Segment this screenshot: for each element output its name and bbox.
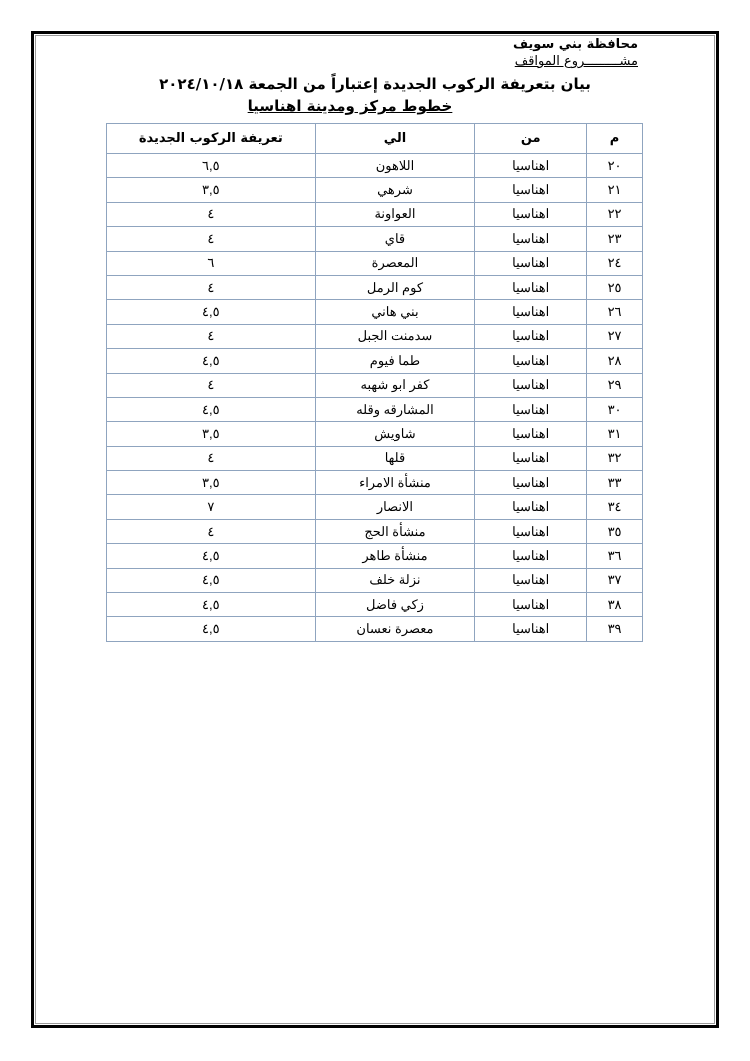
- row-number: ٣٣: [587, 471, 643, 495]
- table-row: ٣٢اهناسياقلها٤: [107, 446, 643, 470]
- row-fare: ٤: [107, 519, 316, 543]
- row-number: ٣٦: [587, 544, 643, 568]
- row-from: اهناسيا: [475, 593, 587, 617]
- row-from: اهناسيا: [475, 227, 587, 251]
- row-from: اهناسيا: [475, 154, 587, 178]
- row-from: اهناسيا: [475, 300, 587, 324]
- table-row: ٣٦اهناسيامنشأة طاهر٤,٥: [107, 544, 643, 568]
- table-row: ٢٣اهناسياقاي٤: [107, 227, 643, 251]
- table-row: ٣١اهناسياشاويش٣,٥: [107, 422, 643, 446]
- table-row: ٣٥اهناسيامنشأة الحج٤: [107, 519, 643, 543]
- row-fare: ٤: [107, 373, 316, 397]
- row-from: اهناسيا: [475, 202, 587, 226]
- table-body: ٢٠اهناسيااللاهون٦,٥٢١اهناسياشرهي٣,٥٢٢اهن…: [107, 154, 643, 642]
- row-number: ٢٩: [587, 373, 643, 397]
- row-to: شاويش: [315, 422, 475, 446]
- project-name: مشـــــــــروع المواقف: [513, 53, 638, 70]
- row-from: اهناسيا: [475, 495, 587, 519]
- row-from: اهناسيا: [475, 178, 587, 202]
- row-fare: ٤: [107, 227, 316, 251]
- row-number: ٣٨: [587, 593, 643, 617]
- row-fare: ٤,٥: [107, 300, 316, 324]
- row-from: اهناسيا: [475, 471, 587, 495]
- row-to: الانصار: [315, 495, 475, 519]
- table-row: ٢٤اهناسياالمعصرة٦: [107, 251, 643, 275]
- row-fare: ٧: [107, 495, 316, 519]
- row-fare: ٣,٥: [107, 178, 316, 202]
- row-number: ٣٧: [587, 568, 643, 592]
- table-row: ٣٧اهناسيانزلة خلف٤,٥: [107, 568, 643, 592]
- row-from: اهناسيا: [475, 275, 587, 299]
- row-fare: ٣,٥: [107, 471, 316, 495]
- row-number: ٢١: [587, 178, 643, 202]
- table-row: ٣٠اهناسياالمشارقه وقله٤,٥: [107, 397, 643, 421]
- row-number: ٣٥: [587, 519, 643, 543]
- row-fare: ٤: [107, 324, 316, 348]
- letterhead: محافظة بني سويف مشـــــــــروع المواقف: [513, 36, 638, 70]
- row-number: ٢٢: [587, 202, 643, 226]
- row-to: قلها: [315, 446, 475, 470]
- row-fare: ٦,٥: [107, 154, 316, 178]
- row-to: اللاهون: [315, 154, 475, 178]
- table-row: ٢٦اهناسيابني هاني٤,٥: [107, 300, 643, 324]
- row-fare: ٤,٥: [107, 544, 316, 568]
- row-number: ٣٢: [587, 446, 643, 470]
- table-row: ٢٩اهناسياكفر ابو شهبه٤: [107, 373, 643, 397]
- row-number: ٢٧: [587, 324, 643, 348]
- row-fare: ٦: [107, 251, 316, 275]
- table-row: ٢٥اهناسياكوم الرمل٤: [107, 275, 643, 299]
- table-row: ٣٣اهناسيامنشأة الامراء٣,٥: [107, 471, 643, 495]
- row-fare: ٤,٥: [107, 349, 316, 373]
- row-to: المشارقه وقله: [315, 397, 475, 421]
- table-row: ٢٠اهناسيااللاهون٦,٥: [107, 154, 643, 178]
- row-from: اهناسيا: [475, 324, 587, 348]
- row-from: اهناسيا: [475, 568, 587, 592]
- row-to: منشأة الامراء: [315, 471, 475, 495]
- row-number: ٢٠: [587, 154, 643, 178]
- row-number: ٢٦: [587, 300, 643, 324]
- row-to: العواونة: [315, 202, 475, 226]
- row-from: اهناسيا: [475, 617, 587, 641]
- col-header-fare: تعريفة الركوب الجديدة: [107, 124, 316, 154]
- row-from: اهناسيا: [475, 422, 587, 446]
- row-number: ٢٣: [587, 227, 643, 251]
- row-fare: ٤,٥: [107, 568, 316, 592]
- row-to: زكي فاضل: [315, 593, 475, 617]
- row-from: اهناسيا: [475, 519, 587, 543]
- row-number: ٣٤: [587, 495, 643, 519]
- row-to: منشأة الحج: [315, 519, 475, 543]
- row-number: ٢٥: [587, 275, 643, 299]
- row-to: طما فيوم: [315, 349, 475, 373]
- row-number: ٣٩: [587, 617, 643, 641]
- document-subtitle: خطوط مركز ومدينة اهناسيا: [100, 96, 600, 116]
- row-fare: ٤: [107, 275, 316, 299]
- row-from: اهناسيا: [475, 397, 587, 421]
- row-fare: ٣,٥: [107, 422, 316, 446]
- row-number: ٢٤: [587, 251, 643, 275]
- row-to: بني هاني: [315, 300, 475, 324]
- row-number: ٣٠: [587, 397, 643, 421]
- governorate-name: محافظة بني سويف: [513, 36, 638, 53]
- table-row: ٣٤اهناسياالانصار٧: [107, 495, 643, 519]
- col-header-to: الي: [315, 124, 475, 154]
- table-header-row: م من الي تعريفة الركوب الجديدة: [107, 124, 643, 154]
- table-row: ٢١اهناسياشرهي٣,٥: [107, 178, 643, 202]
- row-fare: ٤,٥: [107, 617, 316, 641]
- row-to: نزلة خلف: [315, 568, 475, 592]
- row-to: منشأة طاهر: [315, 544, 475, 568]
- row-fare: ٤: [107, 446, 316, 470]
- row-fare: ٤,٥: [107, 593, 316, 617]
- row-to: قاي: [315, 227, 475, 251]
- row-fare: ٤,٥: [107, 397, 316, 421]
- row-from: اهناسيا: [475, 373, 587, 397]
- row-from: اهناسيا: [475, 349, 587, 373]
- row-from: اهناسيا: [475, 446, 587, 470]
- table-row: ٢٨اهناسياطما فيوم٤,٥: [107, 349, 643, 373]
- row-to: سدمنت الجبل: [315, 324, 475, 348]
- row-to: كفر ابو شهبه: [315, 373, 475, 397]
- row-to: المعصرة: [315, 251, 475, 275]
- row-to: معصرة نعسان: [315, 617, 475, 641]
- row-number: ٣١: [587, 422, 643, 446]
- col-header-number: م: [587, 124, 643, 154]
- document-title: بيان بتعريفة الركوب الجديدة إعتباراً من …: [100, 74, 650, 94]
- table-row: ٣٩اهناسيامعصرة نعسان٤,٥: [107, 617, 643, 641]
- table-row: ٢٧اهناسياسدمنت الجبل٤: [107, 324, 643, 348]
- row-from: اهناسيا: [475, 544, 587, 568]
- row-to: كوم الرمل: [315, 275, 475, 299]
- row-to: شرهي: [315, 178, 475, 202]
- table-row: ٣٨اهناسيازكي فاضل٤,٥: [107, 593, 643, 617]
- fares-table: م من الي تعريفة الركوب الجديدة ٢٠اهناسيا…: [106, 123, 643, 642]
- row-from: اهناسيا: [475, 251, 587, 275]
- row-fare: ٤: [107, 202, 316, 226]
- col-header-from: من: [475, 124, 587, 154]
- row-number: ٢٨: [587, 349, 643, 373]
- table-row: ٢٢اهناسياالعواونة٤: [107, 202, 643, 226]
